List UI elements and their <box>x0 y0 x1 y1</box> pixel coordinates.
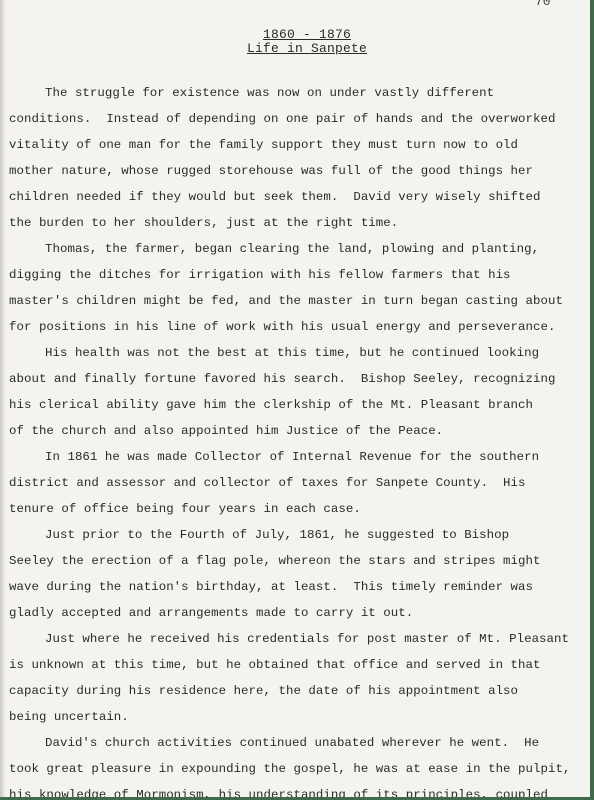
binding-edge <box>0 0 6 797</box>
text-line: Thomas, the farmer, began clearing the l… <box>9 236 589 262</box>
chapter-title: Life in Sanpete <box>12 42 590 56</box>
text-line: is unknown at this time, but he obtained… <box>9 652 589 678</box>
text-line: The struggle for existence was now on un… <box>9 80 589 106</box>
text-line: of the church and also appointed him Jus… <box>9 418 589 444</box>
text-line: digging the ditches for irrigation with … <box>9 262 589 288</box>
text-line: His health was not the best at this time… <box>9 340 589 366</box>
text-line: Just where he received his credentials f… <box>9 626 589 652</box>
text-line: district and assessor and collector of t… <box>9 470 589 496</box>
text-line: about and finally fortune favored his se… <box>9 366 589 392</box>
text-line: In 1861 he was made Collector of Interna… <box>9 444 589 470</box>
text-line: capacity during his residence here, the … <box>9 678 589 704</box>
page-number: 70 <box>535 0 551 9</box>
text-line: Just prior to the Fourth of July, 1861, … <box>9 522 589 548</box>
text-line: vitality of one man for the family suppo… <box>9 132 589 158</box>
text-line: gladly accepted and arrangements made to… <box>9 600 589 626</box>
text-line: took great pleasure in expounding the go… <box>9 756 589 782</box>
text-line: his knowledge of Mormonism, his understa… <box>9 782 589 797</box>
text-line: his clerical ability gave him the clerks… <box>9 392 589 418</box>
text-line: Seeley the erection of a flag pole, wher… <box>9 548 589 574</box>
document-page: 70 1860 - 1876 Life in Sanpete The strug… <box>0 0 590 797</box>
text-line: David's church activities continued unab… <box>9 730 589 756</box>
text-line: the burden to her shoulders, just at the… <box>9 210 589 236</box>
text-line: for positions in his line of work with h… <box>9 314 589 340</box>
text-line: being uncertain. <box>9 704 589 730</box>
text-line: master's children might be fed, and the … <box>9 288 589 314</box>
text-line: wave during the nation's birthday, at le… <box>9 574 589 600</box>
text-line: children needed if they would but seek t… <box>9 184 589 210</box>
body-text: The struggle for existence was now on un… <box>9 80 589 797</box>
chapter-years: 1860 - 1876 <box>12 28 590 42</box>
text-line: conditions. Instead of depending on one … <box>9 106 589 132</box>
text-line: mother nature, whose rugged storehouse w… <box>9 158 589 184</box>
text-line: tenure of office being four years in eac… <box>9 496 589 522</box>
